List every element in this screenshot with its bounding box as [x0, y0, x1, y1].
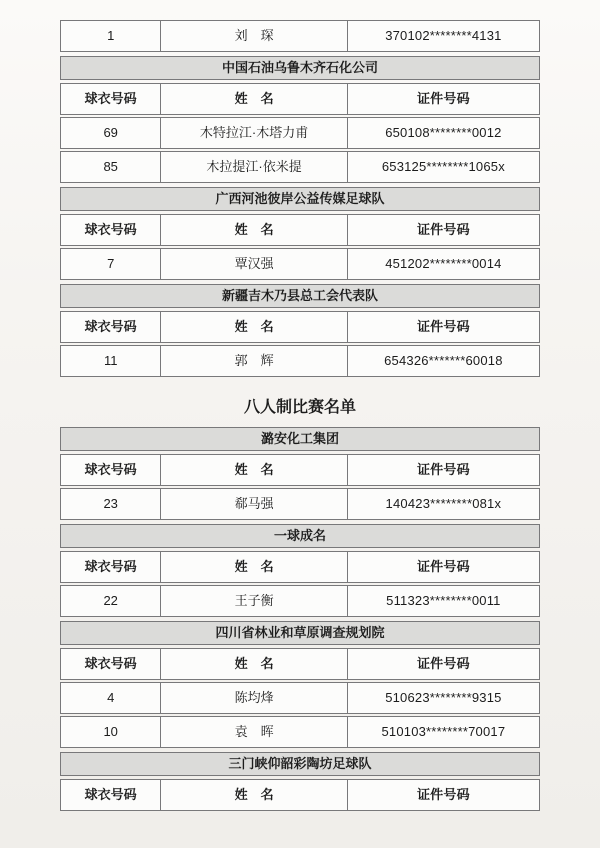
team-name-band: 一球成名	[60, 524, 540, 548]
player-name-header: 姓 名	[161, 455, 347, 485]
table-header-row: 球衣号码 姓 名 证件号码	[60, 311, 540, 343]
player-name-cell: 木特拉江·木塔力甫	[161, 118, 347, 148]
jersey-number-cell: 85	[61, 152, 161, 182]
player-name-header: 姓 名	[161, 312, 347, 342]
player-name-header: 姓 名	[161, 780, 347, 810]
jersey-number-header: 球衣号码	[61, 215, 161, 245]
id-number-cell: 370102********4131	[348, 21, 539, 51]
id-number-cell: 654326*******60018	[348, 346, 539, 376]
table-header-row: 球衣号码 姓 名 证件号码	[60, 454, 540, 486]
table-row: 22 王子衡 511323********0011	[60, 585, 540, 617]
jersey-number-cell: 7	[61, 249, 161, 279]
table-row: 11 郭 辉 654326*******60018	[60, 345, 540, 377]
player-name-cell: 郭 辉	[161, 346, 347, 376]
id-number-header: 证件号码	[348, 780, 539, 810]
player-name-cell: 覃汉强	[161, 249, 347, 279]
table-row: 23 郗马强 140423********081x	[60, 488, 540, 520]
player-name-cell: 木拉提江·依米提	[161, 152, 347, 182]
player-name-header: 姓 名	[161, 649, 347, 679]
table-row: 7 覃汉强 451202********0014	[60, 248, 540, 280]
id-number-header: 证件号码	[348, 649, 539, 679]
roster-document-page: 1 刘 琛 370102********4131 中国石油乌鲁木齐石化公司 球衣…	[60, 0, 540, 811]
jersey-number-header: 球衣号码	[61, 552, 161, 582]
player-name-header: 姓 名	[161, 215, 347, 245]
id-number-cell: 510623********9315	[348, 683, 539, 713]
id-number-header: 证件号码	[348, 84, 539, 114]
table-row: 85 木拉提江·依米提 653125********1065x	[60, 151, 540, 183]
table-header-row: 球衣号码 姓 名 证件号码	[60, 83, 540, 115]
jersey-number-header: 球衣号码	[61, 84, 161, 114]
jersey-number-cell: 1	[61, 21, 161, 51]
player-name-cell: 郗马强	[161, 489, 347, 519]
id-number-cell: 511323********0011	[348, 586, 539, 616]
jersey-number-header: 球衣号码	[61, 455, 161, 485]
id-number-header: 证件号码	[348, 312, 539, 342]
jersey-number-header: 球衣号码	[61, 649, 161, 679]
team-name-band: 潞安化工集团	[60, 427, 540, 451]
table-header-row: 球衣号码 姓 名 证件号码	[60, 214, 540, 246]
id-number-header: 证件号码	[348, 215, 539, 245]
id-number-cell: 140423********081x	[348, 489, 539, 519]
table-row: 10 袁 晖 510103********70017	[60, 716, 540, 748]
player-name-cell: 刘 琛	[161, 21, 347, 51]
jersey-number-cell: 11	[61, 346, 161, 376]
jersey-number-header: 球衣号码	[61, 780, 161, 810]
jersey-number-cell: 10	[61, 717, 161, 747]
player-name-header: 姓 名	[161, 552, 347, 582]
id-number-cell: 650108********0012	[348, 118, 539, 148]
player-name-header: 姓 名	[161, 84, 347, 114]
jersey-number-cell: 23	[61, 489, 161, 519]
team-name-band: 广西河池彼岸公益传媒足球队	[60, 187, 540, 211]
jersey-number-cell: 4	[61, 683, 161, 713]
id-number-header: 证件号码	[348, 455, 539, 485]
id-number-cell: 510103********70017	[348, 717, 539, 747]
id-number-header: 证件号码	[348, 552, 539, 582]
table-row: 4 陈均烽 510623********9315	[60, 682, 540, 714]
team-name-band: 三门峡仰韶彩陶坊足球队	[60, 752, 540, 776]
jersey-number-cell: 22	[61, 586, 161, 616]
table-row: 69 木特拉江·木塔力甫 650108********0012	[60, 117, 540, 149]
table-row: 1 刘 琛 370102********4131	[60, 20, 540, 52]
id-number-cell: 653125********1065x	[348, 152, 539, 182]
team-name-band: 四川省林业和草原调查规划院	[60, 621, 540, 645]
table-header-row: 球衣号码 姓 名 证件号码	[60, 648, 540, 680]
table-header-row: 球衣号码 姓 名 证件号码	[60, 779, 540, 811]
player-name-cell: 袁 晖	[161, 717, 347, 747]
jersey-number-cell: 69	[61, 118, 161, 148]
team-name-band: 中国石油乌鲁木齐石化公司	[60, 56, 540, 80]
player-name-cell: 陈均烽	[161, 683, 347, 713]
table-header-row: 球衣号码 姓 名 证件号码	[60, 551, 540, 583]
player-name-cell: 王子衡	[161, 586, 347, 616]
section-title: 八人制比赛名单	[60, 394, 540, 417]
id-number-cell: 451202********0014	[348, 249, 539, 279]
team-name-band: 新疆吉木乃县总工会代表队	[60, 284, 540, 308]
jersey-number-header: 球衣号码	[61, 312, 161, 342]
